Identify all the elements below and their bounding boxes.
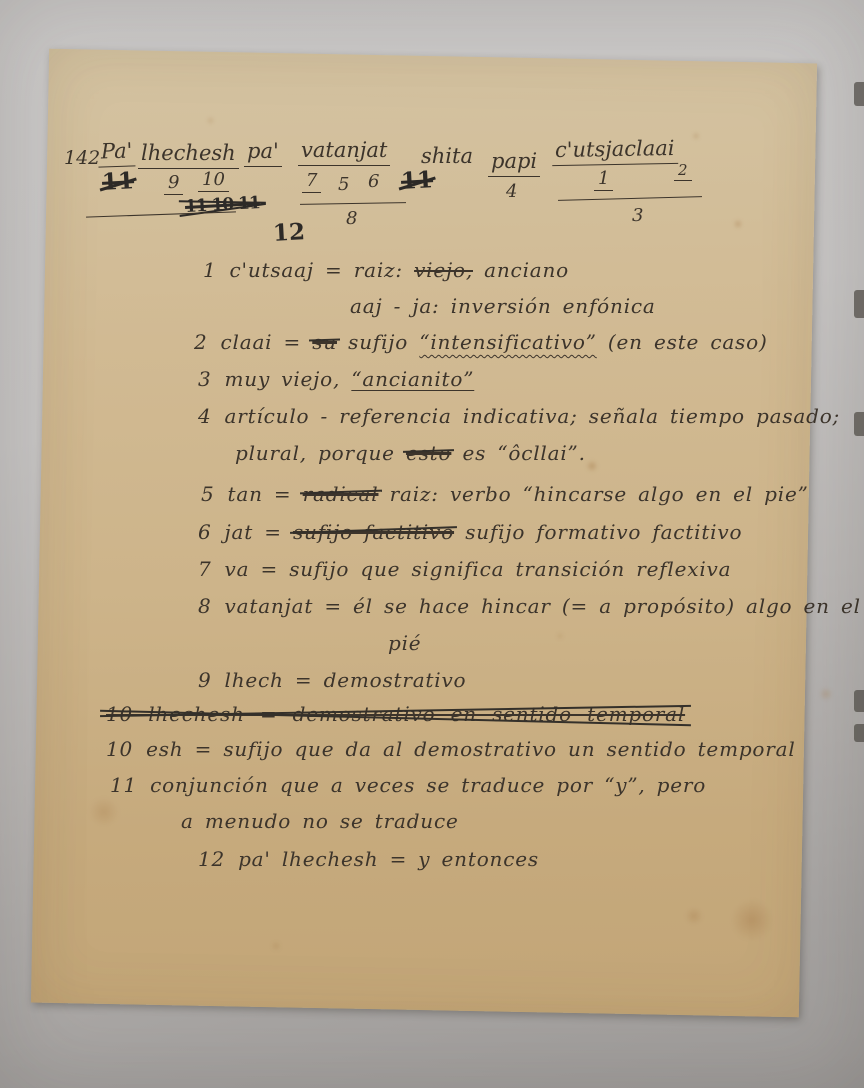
note-text: es “ôcllai”. — [451, 441, 585, 465]
note-item-number: 1 — [203, 258, 217, 282]
edge-mark — [854, 412, 864, 436]
note-text: c'utsaaj = raiz: — [230, 258, 415, 282]
note-text: sufijo formativo factitivo — [454, 520, 742, 544]
note-line-11: pié — [388, 631, 421, 655]
note-text: artículo - referencia indicativa; señala… — [225, 404, 841, 428]
note-line-4: 3muy viejo, “ancianito” — [198, 367, 474, 391]
note-text: a menudo no se traduce — [181, 809, 459, 833]
note-text: anciano — [473, 258, 569, 282]
note-line-6: plural, porque esto es “ôcllai”. — [235, 441, 586, 465]
note-text: conjunción que a veces se traduce por “y… — [150, 773, 706, 797]
note-text: radical — [303, 482, 379, 506]
note-line-17: 12pa' lhechesh = y entonces — [198, 847, 539, 871]
note-text: jat = — [225, 520, 293, 544]
note-text: esto — [406, 441, 451, 465]
note-text: va = sufijo que significa transición ref… — [225, 557, 732, 581]
edge-mark — [854, 82, 864, 106]
notes-list: 1c'utsaaj = raiz: viejo, ancianoaaj - ja… — [0, 0, 864, 1088]
note-text: pié — [388, 631, 421, 655]
note-item-number: 2 — [194, 330, 208, 354]
note-text: tan = — [228, 482, 303, 506]
edge-mark — [854, 724, 864, 742]
note-text: (en este caso) — [597, 330, 768, 354]
note-text: “ancianito” — [351, 367, 474, 391]
note-line-1: 1c'utsaaj = raiz: viejo, anciano — [203, 258, 569, 282]
note-item-number: 5 — [201, 482, 215, 506]
photo-background: 142 Pa' 11 lhechesh 9 10 11 10 11 12 pa'… — [0, 0, 864, 1088]
note-line-10: 8vatanjat = él se hace hincar (= a propó… — [198, 594, 861, 618]
note-item-number: 9 — [198, 668, 212, 692]
note-line-8: 6jat = sufijo factitivo sufijo formativo… — [198, 520, 742, 544]
note-item-number: 7 — [198, 557, 212, 581]
note-text: viejo, — [414, 258, 473, 282]
note-text: sufijo factitivo — [293, 520, 454, 544]
note-text: muy viejo, — [225, 367, 352, 391]
note-line-14: 10esh = sufijo que da al demostrativo un… — [106, 737, 796, 761]
note-item-number: 11 — [110, 773, 137, 797]
note-item-number: 3 — [198, 367, 212, 391]
note-line-3: 2claai = su sufijo “intensificativo” (en… — [194, 330, 768, 354]
note-line-9: 7va = sufijo que significa transición re… — [198, 557, 731, 581]
note-item-number: 8 — [198, 594, 212, 618]
note-item-number: 12 — [198, 847, 225, 871]
note-line-13: 10 lhechesh = demostrativo en sentido te… — [106, 702, 685, 726]
note-text: aaj - ja: inversión enfónica — [350, 294, 656, 318]
note-line-16: a menudo no se traduce — [181, 809, 459, 833]
edge-mark — [854, 690, 864, 712]
edge-mark — [854, 290, 864, 318]
note-item-number: 4 — [198, 404, 212, 428]
note-text: 10 lhechesh = demostrativo en sentido te… — [106, 702, 685, 726]
note-text: lhech = demostrativo — [225, 668, 467, 692]
note-item-number: 6 — [198, 520, 212, 544]
note-line-15: 11conjunción que a veces se traduce por … — [110, 773, 706, 797]
note-line-12: 9lhech = demostrativo — [198, 668, 466, 692]
note-item-number: 10 — [106, 737, 133, 761]
note-line-2: aaj - ja: inversión enfónica — [350, 294, 656, 318]
note-line-7: 5tan = radical raiz: verbo “hincarse alg… — [201, 482, 809, 506]
note-line-5: 4artículo - referencia indicativa; señal… — [198, 404, 840, 428]
note-text: pa' lhechesh = y entonces — [238, 847, 539, 871]
note-text: su — [312, 330, 337, 354]
note-text: “intensificativo” — [419, 330, 596, 354]
note-text: raiz: verbo “hincarse algo en el pie” — [378, 482, 808, 506]
note-text: plural, porque — [235, 441, 406, 465]
note-text: vatanjat = él se hace hincar (= a propós… — [225, 594, 861, 618]
note-text: sufijo — [337, 330, 419, 354]
note-text: esh = sufijo que da al demostrativo un s… — [146, 737, 796, 761]
note-text: claai = — [221, 330, 313, 354]
